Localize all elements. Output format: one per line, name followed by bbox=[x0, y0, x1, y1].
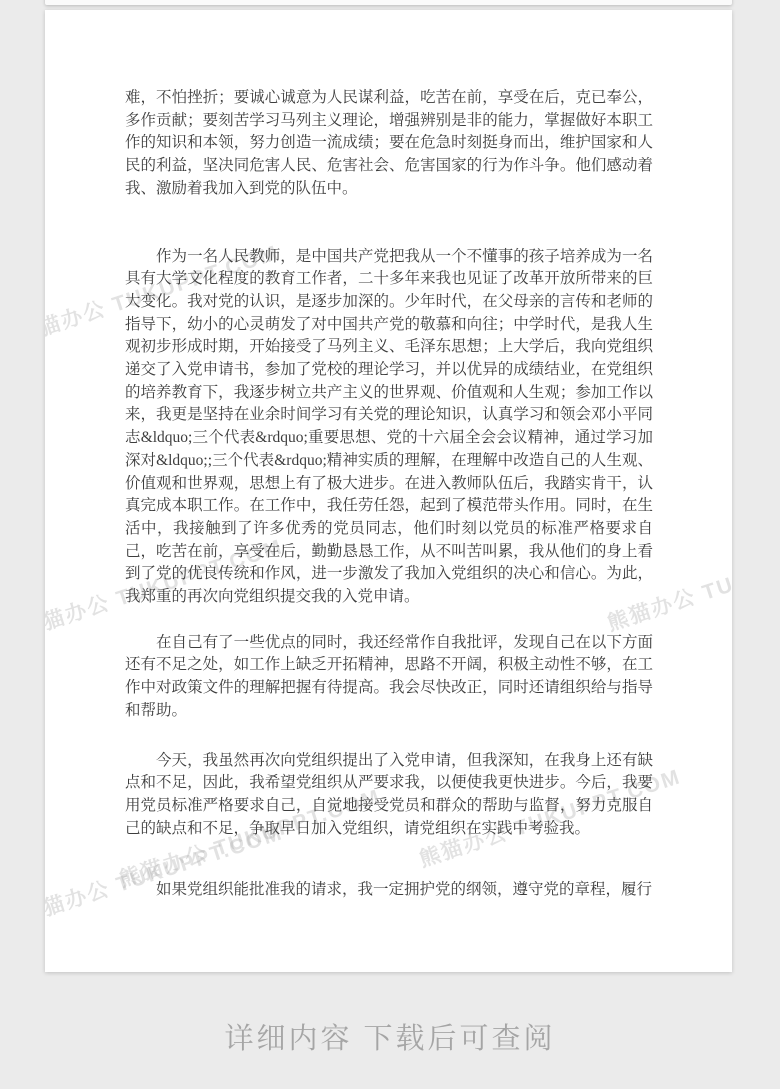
previous-page-edge bbox=[45, 0, 732, 5]
document-paragraph: 今天，我虽然再次向党组织提出了入党申请，但我深知，在我身上还有缺点和不足，因此，… bbox=[125, 750, 653, 841]
document-paragraph: 作为一名人民教师，是中国共产党把我从一个不懂事的孩子培养成为一名具有大学文化程度… bbox=[125, 246, 653, 609]
document-preview-screen: { "page": { "background_color": "#ebebeb… bbox=[0, 0, 780, 1089]
document-body: 难，不怕挫折；要诚心诚意为人民谋利益，吃苦在前，享受在后，克已奉公，多作贡献；要… bbox=[125, 87, 653, 902]
document-paragraph: 在自己有了一些优点的同时，我还经常作自我批评，发现自己在以下方面还有不足之处，如… bbox=[125, 632, 653, 723]
document-page: 熊猫办公 TUKUPPT.COM 熊猫办公 TUKUPPT.COM 熊猫办公 T… bbox=[45, 10, 732, 972]
document-paragraph: 如果党组织能批准我的请求，我一定拥护党的纲领，遵守党的章程，履行 bbox=[125, 879, 653, 902]
document-paragraph: 难，不怕挫折；要诚心诚意为人民谋利益，吃苦在前，享受在后，克已奉公，多作贡献；要… bbox=[125, 87, 653, 201]
download-hint-text: 详细内容 下载后可查阅 bbox=[0, 1016, 780, 1057]
